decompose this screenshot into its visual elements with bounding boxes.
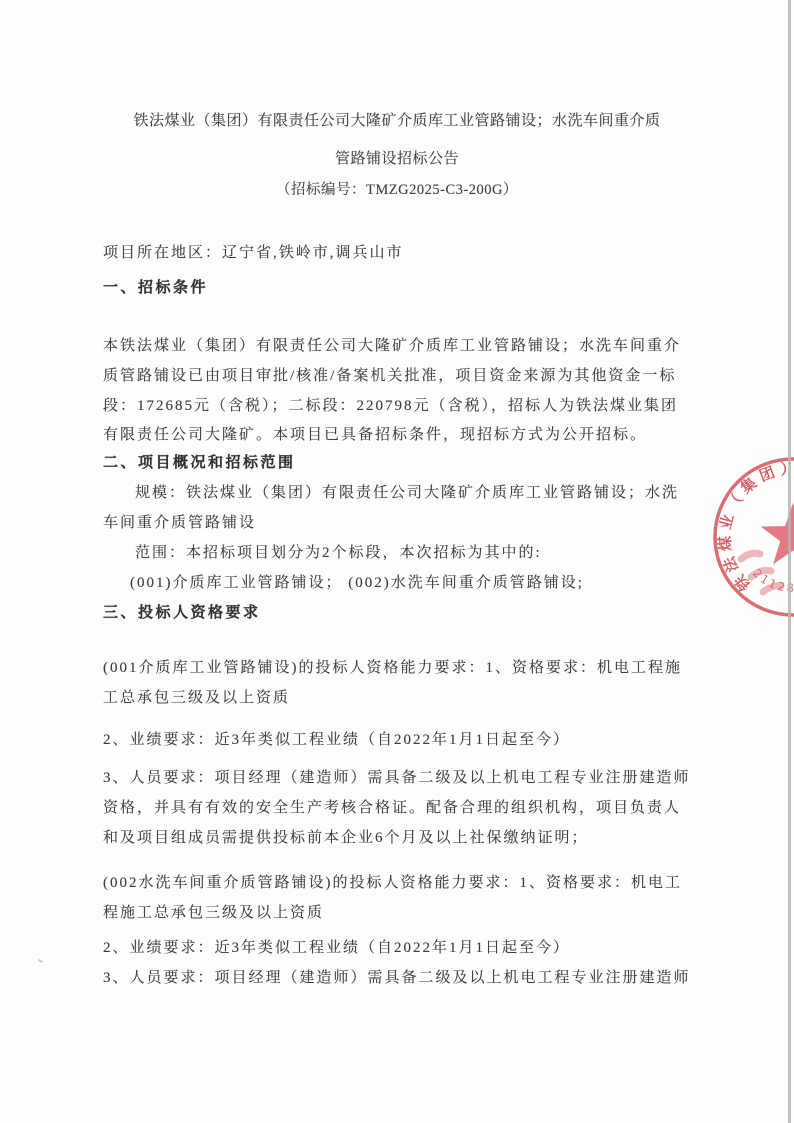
section-heading-1: 一、招标条件: [103, 278, 703, 298]
qualification-line: 工总承包三级及以上资质: [103, 688, 703, 708]
paragraph-line: 质管路铺设已由项目审批/核准/备案机关批准，项目资金来源为其他资金一标: [103, 366, 703, 386]
company-seal-stamp: 铁法煤业（集团）有限责 21128: [693, 437, 794, 637]
document-title-line-2: 管路铺设招标公告: [0, 149, 794, 169]
paragraph-line: 有限责任公司大隆矿。本项目已具备招标条件，现招标方式为公开招标。: [103, 425, 703, 445]
scope-line: 范围：本招标项目划分为2个标段，本次招标为其中的:: [103, 543, 735, 563]
paragraph-line: 本铁法煤业（集团）有限责任公司大隆矿介质库工业管路铺设；水洗车间重介: [103, 336, 703, 356]
qualification-line: 和及项目组成员需提供投标前本企业6个月及以上社保缴纳证明；: [103, 828, 703, 848]
lot-list-line: (001)介质库工业管路铺设； (002)水洗车间重介质管路铺设;: [103, 573, 730, 593]
qualification-line: 资格，并具有有效的安全生产考核合格证。配备合理的组织机构，项目负责人: [103, 798, 703, 818]
qualification-line: 3、人员要求：项目经理（建造师）需具备二级及以上机电工程专业注册建造师: [103, 968, 703, 988]
section-heading-2: 二、项目概况和招标范围: [103, 453, 703, 473]
section-heading-3: 三、投标人资格要求: [103, 603, 703, 623]
qualification-line: 程施工总承包三级及以上资质: [103, 903, 703, 923]
scan-edge-line: [788, 0, 791, 1123]
scale-line-cont: 车间重介质管路铺设: [103, 513, 703, 533]
qualification-line: (002水洗车间重介质管路铺设)的投标人资格能力要求：1、资格要求：机电工: [103, 873, 703, 893]
tender-number: （招标编号：TMZG2025-C3-200G）: [0, 180, 794, 200]
qualification-line: 2、业绩要求：近3年类似工程业绩（自2022年1月1日起至今）: [103, 730, 703, 750]
qualification-line: (001介质库工业管路铺设)的投标人资格能力要求：1、资格要求：机电工程施: [103, 658, 703, 678]
document-title-line-1: 铁法煤业（集团）有限责任公司大隆矿介质库工业管路铺设；水洗车间重介质: [0, 111, 794, 131]
scale-line: 规模：铁法煤业（集团）有限责任公司大隆矿介质库工业管路铺设；水洗: [103, 483, 735, 503]
scanned-document-page: 铁法煤业（集团）有限责任公司大隆矿介质库工业管路铺设；水洗车间重介质 管路铺设招…: [0, 0, 794, 1123]
project-location-line: 项目所在地区：辽宁省,铁岭市,调兵山市: [103, 243, 703, 263]
qualification-line: 3、人员要求：项目经理（建造师）需具备二级及以上机电工程专业注册建造师: [103, 768, 703, 788]
scan-speck: [38, 959, 43, 964]
qualification-line: 2、业绩要求：近3年类似工程业绩（自2022年1月1日起至今）: [103, 938, 703, 958]
paragraph-line: 段：172685元（含税）；二标段：220798元（含税），招标人为铁法煤业集团: [103, 396, 703, 416]
